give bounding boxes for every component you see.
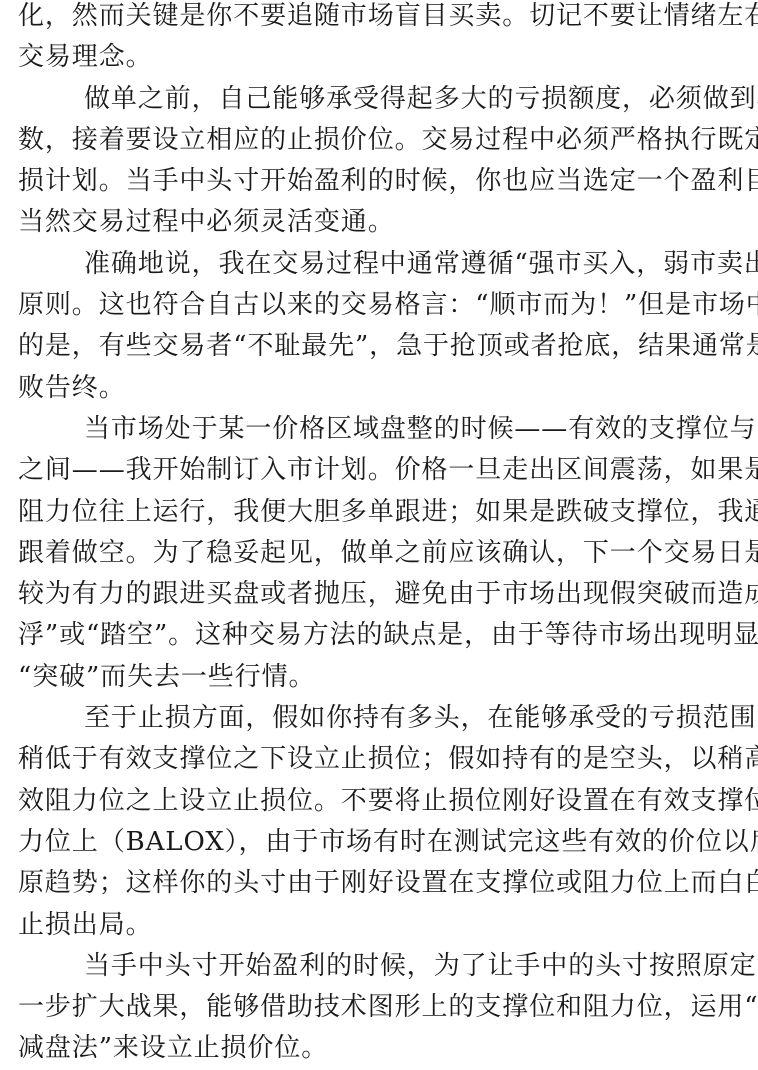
text-line: 止损出局。 <box>18 905 744 946</box>
text-line: 当然交易过程中必须灵活变通。 <box>18 202 744 243</box>
text-line: 准确地说，我在交易过程中通常遵循“强市买入，弱市卖出”的 <box>18 244 744 285</box>
text-line: 跟着做空。为了稳妥起见，做单之前应该确认，下一个交易日是否有 <box>18 533 744 574</box>
text-line: 做单之前，自己能够承受得起多大的亏损额度，必须做到心中有 <box>18 79 744 120</box>
text-line: 当手中头寸开始盈利的时候，为了让手中的头寸按照原定计划进 <box>18 946 744 987</box>
text-line: 损计划。当手中头寸开始盈利的时候，你也应当选定一个盈利目标。 <box>18 161 744 202</box>
text-line: 至于止损方面，假如你持有多头，在能够承受的亏损范围内，以 <box>18 698 744 739</box>
text-line: 效阻力位之上设立止损位。不要将止损位刚好设置在有效支撑位或阻 <box>18 781 744 822</box>
text-line: 败告终。 <box>18 368 744 409</box>
text-line: 化，然而关键是你不要追随市场盲目买卖。切记不要让情绪左右你的 <box>18 0 744 37</box>
text-line: 阻力位往上运行，我便大胆多单跟进；如果是跌破支撑位，我通常是 <box>18 492 744 533</box>
text-line: 原趋势；这样你的头寸由于刚好设置在支撑位或阻力位上而白白招致 <box>18 863 744 904</box>
text-line: 当市场处于某一价格区域盘整的时候——有效的支撑位与阻力位 <box>18 409 744 450</box>
text-line: 稍低于有效支撑位之下设立止损位；假如持有的是空头，以稍高于有 <box>18 739 744 780</box>
text-line: 的是，有些交易者“不耻最先”，急于抢顶或者抢底，结果通常是以失 <box>18 326 744 367</box>
paragraph-5: 至于止损方面，假如你持有多头，在能够承受的亏损范围内，以 稍低于有效支撑位之下设… <box>18 698 744 946</box>
document-page: 化，然而关键是你不要追随市场盲目买卖。切记不要让情绪左右你的 交易理念。 做单之… <box>18 0 744 1070</box>
text-line: 之间——我开始制订入市计划。价格一旦走出区间震荡，如果是突破 <box>18 450 744 491</box>
paragraph-4: 当市场处于某一价格区域盘整的时候——有效的支撑位与阻力位 之间——我开始制订入市… <box>18 409 744 698</box>
text-line: 减盘法”来设立止损价位。 <box>18 1028 744 1069</box>
text-line: 数，接着要设立相应的止损价位。交易过程中必须严格执行既定的止 <box>18 120 744 161</box>
paragraph-2: 做单之前，自己能够承受得起多大的亏损额度，必须做到心中有 数，接着要设立相应的止… <box>18 79 744 244</box>
text-line: 浮”或“踏空”。这种交易方法的缺点是，由于等待市场出现明显的 <box>18 615 744 656</box>
text-line: 一步扩大战果，能够借助技术图形上的支撑位和阻力位，运用“递损 <box>18 987 744 1028</box>
text-line: 原则。这也符合自古以来的交易格言：“顺市而为！”但是市场中常见 <box>18 285 744 326</box>
text-line: 较为有力的跟进买盘或者抛压，避免由于市场出现假突破而造成“悬 <box>18 574 744 615</box>
paragraph-3: 准确地说，我在交易过程中通常遵循“强市买入，弱市卖出”的 原则。这也符合自古以来… <box>18 244 744 409</box>
paragraph-1: 化，然而关键是你不要追随市场盲目买卖。切记不要让情绪左右你的 交易理念。 <box>18 0 744 79</box>
paragraph-6: 当手中头寸开始盈利的时候，为了让手中的头寸按照原定计划进 一步扩大战果，能够借助… <box>18 946 744 1070</box>
text-line: “突破”而失去一些行情。 <box>18 657 744 698</box>
text-line: 交易理念。 <box>18 37 744 78</box>
text-line: 力位上（BALOX），由于市场有时在测试完这些有效的价位以后会重回 <box>18 822 744 863</box>
